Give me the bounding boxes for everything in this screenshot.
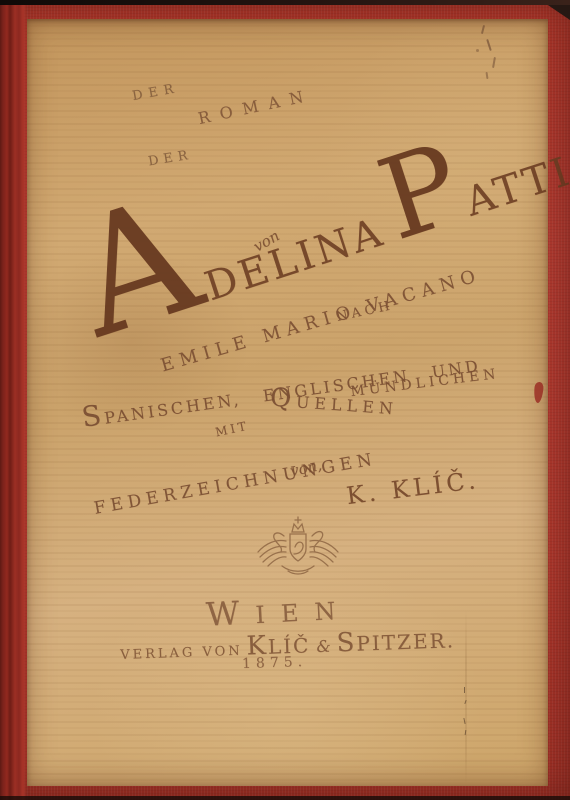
cover-cloth-panel: DER ROMAN DER ADELINAPATTI von EMILE MAR… — [27, 19, 548, 786]
imprint-year: 1875. — [242, 655, 308, 671]
ink-speck — [486, 39, 492, 51]
publisher-name-spitzer: SPITZER. — [336, 626, 455, 656]
kicker-der-1: DER — [131, 82, 180, 103]
publisher-prefix: VERLAG VON — [120, 644, 243, 663]
mit-label: MIT — [214, 420, 250, 439]
technique-line: FEDERZEICHNUNGEN — [93, 451, 378, 518]
title-word-patti: PATTI — [367, 93, 570, 257]
publisher-emblem-icon — [252, 514, 344, 578]
cloth-crease — [465, 609, 467, 785]
red-ink-blot — [533, 382, 544, 404]
publisher-ampersand: & — [316, 637, 331, 656]
book-cover-scan: DER ROMAN DER ADELINAPATTI von EMILE MAR… — [0, 0, 570, 800]
scan-edge-bottom — [0, 796, 570, 800]
ink-speck — [481, 25, 485, 34]
book-spine — [0, 0, 27, 800]
illustrator-name: K. KLÍČ. — [345, 468, 481, 508]
ink-speck — [476, 49, 479, 52]
imprint-city: WIEN — [205, 591, 352, 631]
kicker-roman: ROMAN — [197, 87, 315, 127]
scan-edge-top — [0, 0, 570, 5]
